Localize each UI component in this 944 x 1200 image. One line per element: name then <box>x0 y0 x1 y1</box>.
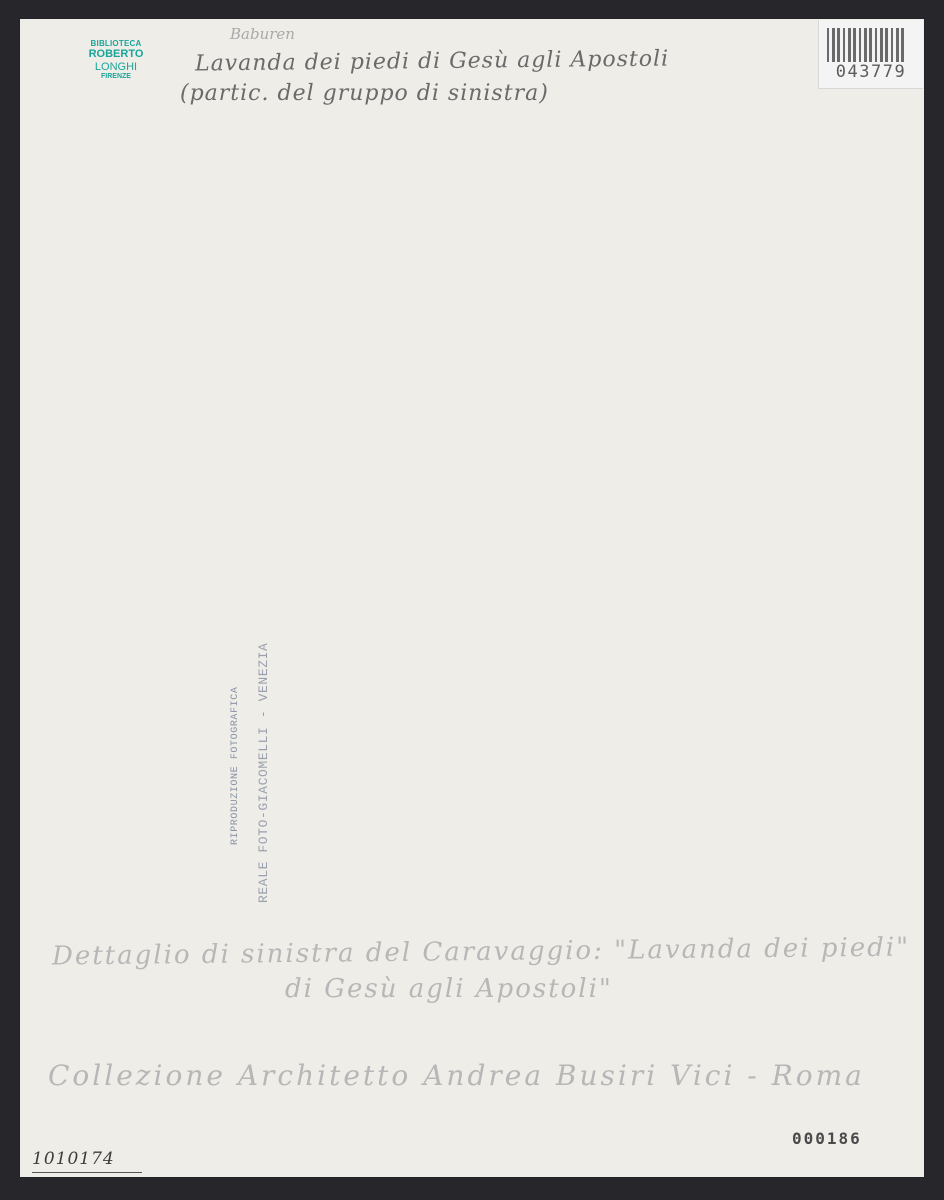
stamped-number: 000186 <box>792 1129 862 1148</box>
barcode-label: 043779 <box>818 20 923 89</box>
photograph-verso-sheet: BIBLIOTECA ROBERTO LONGHI FIRENZE Babure… <box>20 19 924 1177</box>
photographer-stamp: RIPRODUZIONE FOTOGRAFICA REALE FOTO-GIAC… <box>220 619 280 909</box>
photographer-stamp-line2: REALE FOTO-GIACOMELLI - VENEZIA <box>256 643 271 903</box>
pencil-collection-note: Collezione Architetto Andrea Busiri Vici… <box>48 1059 865 1092</box>
photographer-stamp-line1: RIPRODUZIONE FOTOGRAFICA <box>230 687 241 845</box>
barcode-number: 043779 <box>819 62 923 82</box>
pencil-caption-line2: di Gesù agli Apostoli" <box>285 974 613 1004</box>
barcode-icon <box>827 28 913 62</box>
library-stamp-name-light: LONGHI <box>95 61 137 73</box>
library-stamp-name-bold: ROBERTO <box>89 48 144 60</box>
library-stamp: BIBLIOTECA ROBERTO LONGHI FIRENZE <box>68 39 164 82</box>
handwritten-artist: Baburen <box>230 25 295 43</box>
handwritten-detail-note: (partic. del gruppo di sinistra) <box>180 81 549 106</box>
library-stamp-line1: BIBLIOTECA <box>68 39 164 48</box>
handwritten-title: Lavanda dei piedi di Gesù agli Apostoli <box>195 47 669 77</box>
library-stamp-line2: ROBERTO LONGHI <box>68 48 164 73</box>
pencil-caption-line1: Dettaglio di sinistra del Caravaggio: "L… <box>52 933 910 972</box>
library-stamp-city: FIRENZE <box>68 73 164 81</box>
inventory-number-underline <box>32 1172 142 1173</box>
inventory-number: 1010174 <box>32 1149 115 1169</box>
